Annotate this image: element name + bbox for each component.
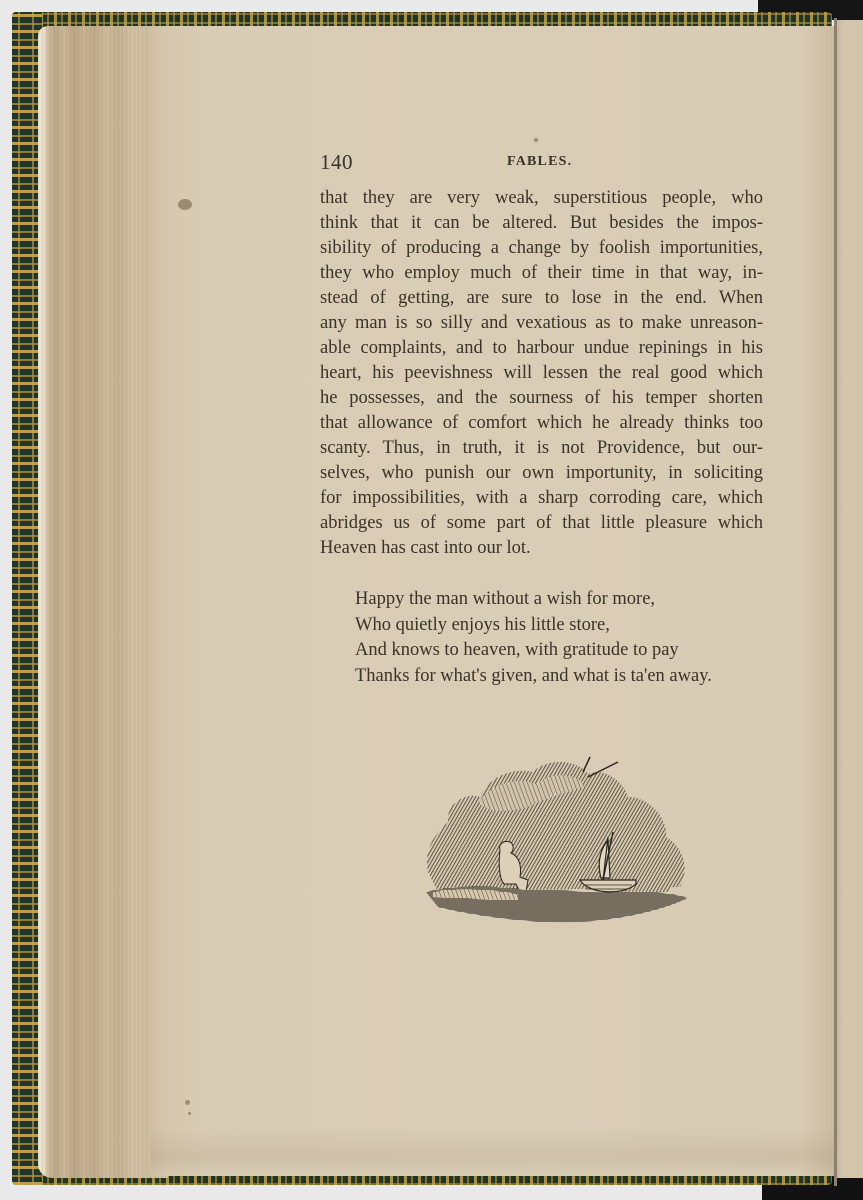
prose-line: scanty. Thus, in truth, it is not Provid… (320, 436, 763, 461)
verse-stanza: Happy the man without a wish for more, W… (355, 587, 755, 689)
verse-line: And knows to heaven, with gratitude to p… (355, 638, 755, 664)
page-fore-edge-stack (38, 26, 168, 1178)
woodcut-vignette-illustration (418, 752, 693, 934)
prose-line: any man is so silly and vexatious as to … (320, 311, 763, 336)
prose-line: stead of getting, are sure to lose in th… (320, 286, 763, 311)
prose-line: able complaints, and to harbour undue re… (320, 336, 763, 361)
foxing-spot (185, 1100, 190, 1105)
foxing-spot (188, 1112, 191, 1115)
prose-line: for impossibilities, with a sharp corrod… (320, 486, 763, 511)
verse-line: Thanks for what's given, and what is ta'… (355, 664, 755, 690)
prose-line: selves, who punish our own importunity, … (320, 461, 763, 486)
verse-line: Who quietly enjoys his little store, (355, 613, 755, 639)
prose-line: heart, his peevishness will lessen the r… (320, 361, 763, 386)
page-water-stain (150, 1128, 835, 1176)
prose-line: think that it can be altered. But beside… (320, 211, 763, 236)
foxing-spot (178, 199, 192, 210)
prose-line: he possesses, and the sourness of his te… (320, 386, 763, 411)
prose-line: Heaven has cast into our lot. (320, 536, 763, 561)
prose-line: that allowance of comfort which he alrea… (320, 411, 763, 436)
facing-page-edge (837, 20, 863, 1178)
prose-line: abridges us of some part of that little … (320, 511, 763, 536)
prose-line: they who employ much of their time in th… (320, 261, 763, 286)
foxing-spot (534, 138, 538, 142)
verse-line: Happy the man without a wish for more, (355, 587, 755, 613)
prose-line: sibility of producing a change by foolis… (320, 236, 763, 261)
prose-line: that they are very weak, superstitious p… (320, 186, 763, 211)
running-head: FABLES. (507, 154, 572, 170)
page-number: 140 (320, 150, 353, 175)
prose-paragraph: that they are very weak, superstitious p… (320, 186, 763, 561)
